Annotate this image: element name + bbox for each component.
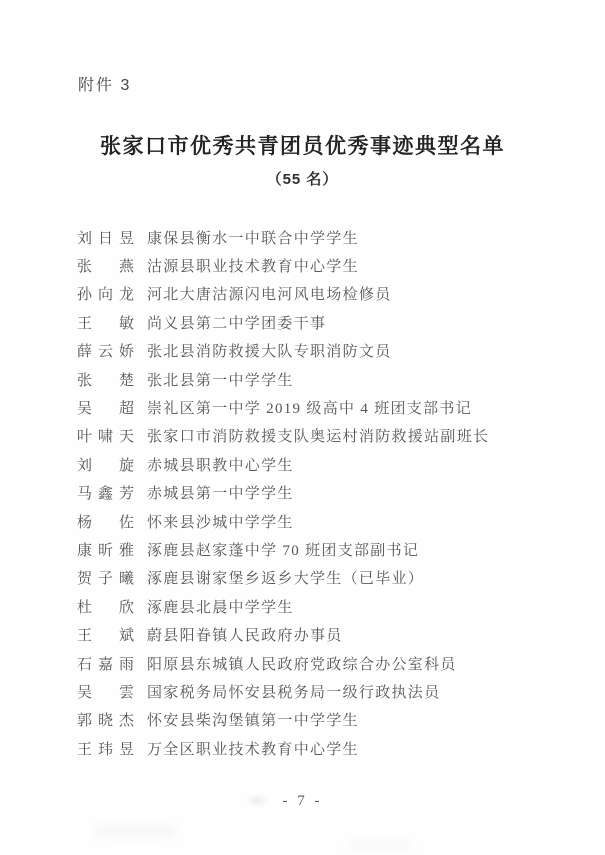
list-item: 孙向龙 河北大唐沽源闪电河风电场检修员 [77, 280, 585, 308]
honoree-description: 万全区职业技术教育中心学生 [147, 738, 359, 759]
list-item: 马鑫芳 赤城县第一中学学生 [77, 479, 585, 507]
honoree-list: 刘日昱 康保县衡水一中联合中学学生 张燕 沽源县职业技术教育中心学生 孙向龙 河… [77, 223, 585, 762]
list-item: 张燕 沽源县职业技术教育中心学生 [77, 251, 585, 279]
list-item: 王斌 蔚县阳眷镇人民政府办事员 [77, 620, 585, 648]
list-item: 吴雲 国家税务局怀安县税务局一级行政执法员 [77, 677, 585, 705]
list-item: 刘日昱 康保县衡水一中联合中学学生 [77, 223, 585, 251]
honoree-description: 涿鹿县谢家堡乡返乡大学生（已毕业） [147, 567, 424, 588]
list-item: 康昕雅 涿鹿县赵家蓬中学 70 班团支部副书记 [77, 535, 585, 563]
list-item: 薛云娇 张北县消防救援大队专职消防文员 [77, 337, 585, 365]
honoree-name: 郭晓杰 [77, 709, 134, 730]
honoree-name: 张楚 [77, 369, 134, 390]
honoree-name: 孙向龙 [77, 283, 134, 304]
honoree-name: 石嘉雨 [77, 653, 134, 674]
honoree-description: 蔚县阳眷镇人民政府办事员 [147, 624, 343, 645]
honoree-description: 涿鹿县北晨中学学生 [147, 596, 294, 617]
list-item: 吴超 崇礼区第一中学 2019 级高中 4 班团支部书记 [77, 393, 585, 421]
attachment-label: 附件 3 [78, 72, 131, 95]
list-item: 杜欣 涿鹿县北晨中学学生 [77, 592, 585, 620]
list-item: 杨佐 怀来县沙城中学学生 [77, 507, 585, 535]
honoree-description: 涿鹿县赵家蓬中学 70 班团支部副书记 [147, 539, 419, 560]
honoree-name: 杨佐 [77, 511, 134, 532]
honoree-name: 康昕雅 [77, 539, 134, 560]
list-item: 叶啸天 张家口市消防救援支队奥运村消防救援站副班长 [77, 422, 585, 450]
honoree-name: 薛云娇 [77, 340, 134, 361]
honoree-description: 尚义县第二中学团委干事 [147, 312, 326, 333]
honoree-description: 崇礼区第一中学 2019 级高中 4 班团支部书记 [147, 397, 472, 418]
honoree-name: 杜欣 [77, 596, 134, 617]
scan-artifact [250, 798, 264, 803]
list-item: 王玮昱 万全区职业技术教育中心学生 [77, 734, 585, 762]
list-item: 王敏 尚义县第二中学团委干事 [77, 308, 585, 336]
scan-artifact [95, 828, 175, 835]
list-item: 郭晓杰 怀安县柴沟堡镇第一中学学生 [77, 706, 585, 734]
page-title: 张家口市优秀共青团员优秀事迹典型名单 [0, 130, 605, 160]
honoree-description: 国家税务局怀安县税务局一级行政执法员 [147, 681, 440, 702]
honoree-name: 王玮昱 [77, 738, 134, 759]
page-number: - 7 - [0, 793, 605, 810]
honoree-description: 阳原县东城镇人民政府党政综合办公室科员 [147, 653, 457, 674]
honoree-name: 王敏 [77, 312, 134, 333]
honoree-name: 叶啸天 [77, 425, 134, 446]
scan-artifact [350, 843, 410, 849]
count-subtitle: （55 名） [0, 168, 605, 189]
honoree-description: 赤城县第一中学学生 [147, 482, 294, 503]
list-item: 石嘉雨 阳原县东城镇人民政府党政综合办公室科员 [77, 649, 585, 677]
list-item: 贺子曦 涿鹿县谢家堡乡返乡大学生（已毕业） [77, 564, 585, 592]
list-item: 刘旋 赤城县职教中心学生 [77, 450, 585, 478]
list-item: 张楚 张北县第一中学学生 [77, 365, 585, 393]
honoree-name: 张燕 [77, 255, 134, 276]
document-page: 附件 3 张家口市优秀共青团员优秀事迹典型名单 （55 名） 刘日昱 康保县衡水… [0, 0, 605, 855]
honoree-name: 王斌 [77, 624, 134, 645]
honoree-name: 吴雲 [77, 681, 134, 702]
honoree-name: 马鑫芳 [77, 482, 134, 503]
honoree-description: 河北大唐沽源闪电河风电场检修员 [147, 283, 392, 304]
honoree-description: 沽源县职业技术教育中心学生 [147, 255, 359, 276]
honoree-name: 贺子曦 [77, 567, 134, 588]
honoree-name: 刘旋 [77, 454, 134, 475]
honoree-name: 吴超 [77, 397, 134, 418]
honoree-name: 刘日昱 [77, 227, 134, 248]
honoree-description: 怀安县柴沟堡镇第一中学学生 [147, 709, 359, 730]
honoree-description: 怀来县沙城中学学生 [147, 511, 294, 532]
honoree-description: 赤城县职教中心学生 [147, 454, 294, 475]
honoree-description: 张北县第一中学学生 [147, 369, 294, 390]
honoree-description: 张家口市消防救援支队奥运村消防救援站副班长 [147, 425, 489, 446]
honoree-description: 康保县衡水一中联合中学学生 [147, 227, 359, 248]
honoree-description: 张北县消防救援大队专职消防文员 [147, 340, 392, 361]
